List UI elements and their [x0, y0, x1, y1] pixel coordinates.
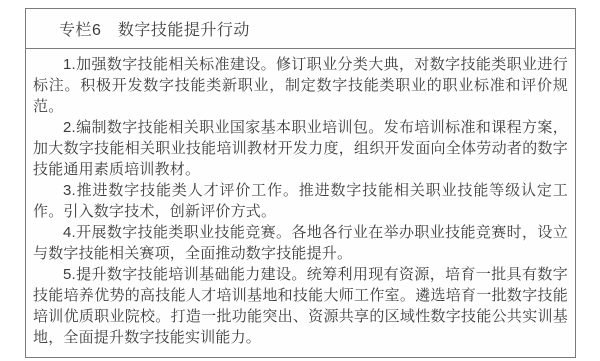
column-panel: 专栏6 数字技能提升行动 1.加强数字技能相关标准建设。修订职业分类大典，对数字… — [25, 8, 576, 358]
paragraph-1: 1.加强数字技能相关标准建设。修订职业分类大典，对数字技能类职业进行标注。积极开… — [33, 54, 568, 117]
paragraph-2: 2.编制数字技能相关职业国家基本职业培训包。发布培训标准和课程方案，加大数字技能… — [33, 117, 568, 180]
paragraph-3: 3.推进数字技能类人才评价工作。推进数字技能相关职业技能等级认定工作。引入数字技… — [33, 180, 568, 222]
document-page: 专栏6 数字技能提升行动 1.加强数字技能相关标准建设。修订职业分类大典，对数字… — [0, 0, 600, 361]
panel-title: 专栏6 数字技能提升行动 — [59, 17, 250, 40]
paragraph-4: 4.开展数字技能类职业技能竞赛。各地各行业在举办职业技能竞赛时，设立与数字技能相… — [33, 222, 568, 264]
paragraph-5: 5.提升数字技能培训基础能力建设。统筹利用现有资源，培育一批具有数字技能培养优势… — [33, 264, 568, 348]
panel-body: 1.加强数字技能相关标准建设。修订职业分类大典，对数字技能类职业进行标注。积极开… — [26, 49, 575, 357]
panel-header: 专栏6 数字技能提升行动 — [26, 9, 575, 49]
